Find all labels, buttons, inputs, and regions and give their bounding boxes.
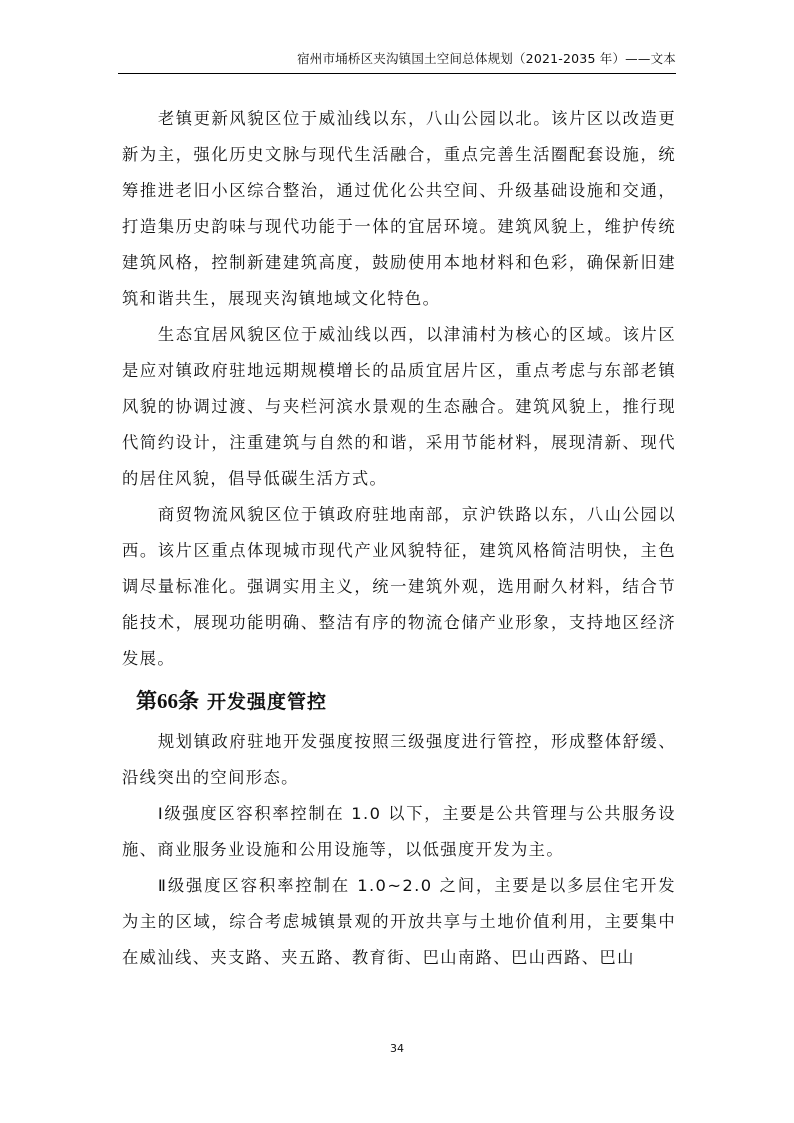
paragraph-old-town-renewal-zone: 老镇更新风貌区位于威汕线以东，八山公园以北。该片区以改造更新为主，强化历史文脉与… bbox=[122, 101, 676, 317]
paragraph-commerce-logistics-zone: 商贸物流风貌区位于镇政府驻地南部，京沪铁路以东，八山公园以西。该片区重点体现城市… bbox=[122, 497, 676, 677]
page-number: 34 bbox=[0, 1042, 794, 1056]
paragraph-eco-residential-zone: 生态宜居风貌区位于威汕线以西，以津浦村为核心的区域。该片区是应对镇政府驻地远期规… bbox=[122, 317, 676, 497]
page-content: 老镇更新风貌区位于威汕线以东，八山公园以北。该片区以改造更新为主，强化历史文脉与… bbox=[122, 101, 676, 976]
running-header: 宿州市埇桥区夹沟镇国土空间总体规划（2021-2035 年）——文本 bbox=[118, 50, 676, 74]
section-title: 开发强度管控 bbox=[207, 691, 327, 713]
document-title: 宿州市埇桥区夹沟镇国土空间总体规划（2021-2035 年）——文本 bbox=[297, 51, 676, 66]
section-number: 第66条 bbox=[136, 689, 199, 713]
paragraph-intensity-level-1: Ⅰ级强度区容积率控制在 1.0 以下，主要是公共管理与公共服务设施、商业服务业设… bbox=[122, 796, 676, 868]
paragraph-intensity-overview: 规划镇政府驻地开发强度按照三级强度进行管控，形成整体舒缓、沿线突出的空间形态。 bbox=[122, 724, 676, 796]
section-heading: 第66条开发强度管控 bbox=[136, 681, 676, 722]
paragraph-intensity-level-2: Ⅱ级强度区容积率控制在 1.0~2.0 之间，主要是以多层住宅开发为主的区域，综… bbox=[122, 868, 676, 976]
